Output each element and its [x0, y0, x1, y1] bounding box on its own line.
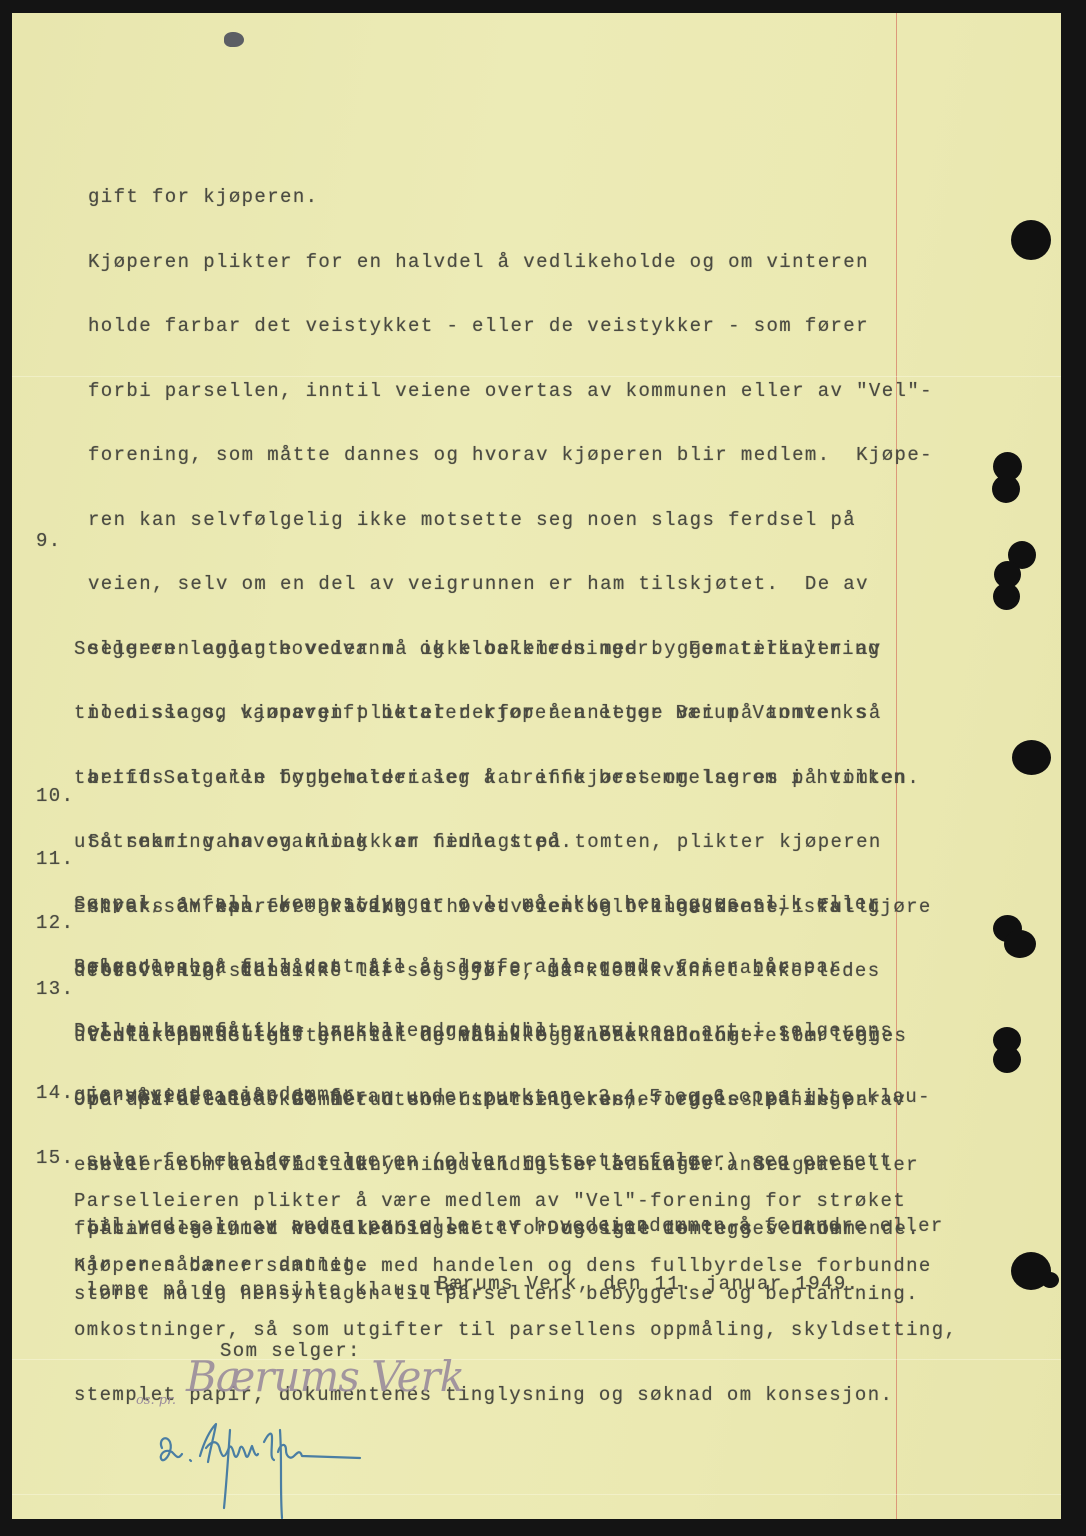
ink-smudge-icon	[224, 32, 244, 47]
text-line: gift for kjøperen.	[88, 187, 933, 209]
text-line: forening, som måtte dannes og hvorav kjø…	[88, 445, 933, 467]
clause-number: 10.	[36, 786, 74, 808]
text-line: Kjøperen plikter for en halvdel å vedlik…	[88, 252, 933, 274]
punch-hole-icon	[1004, 930, 1036, 958]
place-and-date: Bærums Verk, den 11. januar 1949.	[437, 1274, 859, 1296]
punch-hole-icon	[1012, 740, 1051, 775]
punch-hole-icon	[992, 475, 1020, 503]
clause-number: 9.	[36, 531, 62, 553]
punch-hole-icon	[993, 1046, 1021, 1073]
handwritten-signature-icon	[140, 1390, 400, 1520]
punch-hole-icon	[1011, 220, 1051, 260]
text-line: omkostninger, så som utgifter til parsel…	[74, 1320, 957, 1342]
text-line: Selgeren legger hovedvann- og kloakkledn…	[74, 639, 932, 661]
text-line: forbi parsellen, inntil veiene overtas a…	[88, 381, 933, 403]
clause-number: 13.	[36, 979, 74, 1001]
text-line: holde farbar det veistykket - eller de v…	[88, 316, 933, 338]
text-line: til disse og vannavgift betaler kjøperen…	[74, 703, 932, 725]
punch-hole-icon	[993, 583, 1020, 610]
text-line: ren kan selvfølgelig ikke motsette seg n…	[88, 510, 933, 532]
clause-number: 12.	[36, 913, 74, 935]
clause-number: 14.	[36, 1083, 74, 1105]
clause-number: 15.	[36, 1148, 74, 1170]
punch-hole-icon	[1041, 1272, 1059, 1288]
clause-number: 11.	[36, 849, 74, 871]
